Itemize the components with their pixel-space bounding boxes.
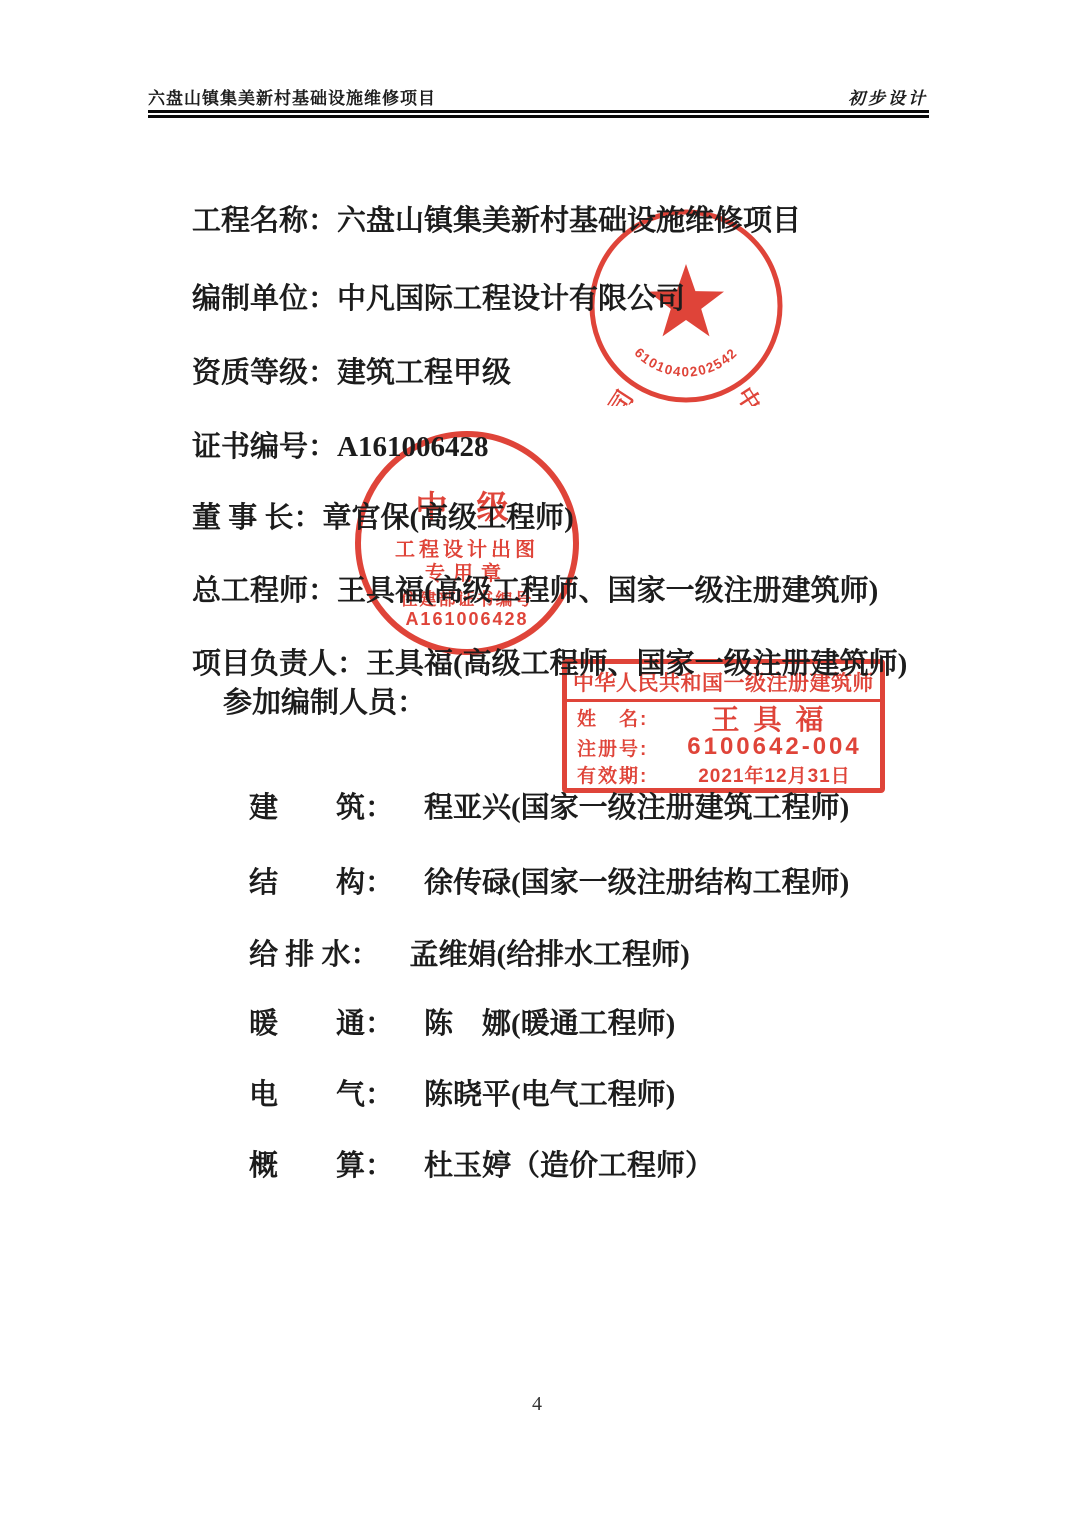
field-value: 六盘山镇集美新村基础设施维修项目 bbox=[337, 205, 801, 237]
participant-value: 陈晓平(电气工程师) bbox=[424, 1079, 675, 1111]
participant-row-budget: 概 算：杜玉婷（造价工程师） bbox=[220, 1115, 714, 1217]
header-project-title: 六盘山镇集美新村基础设施维修项目 bbox=[148, 84, 436, 109]
field-value: 王具福(高级工程师、国家一级注册建筑师) bbox=[366, 648, 907, 680]
participant-label: 结 构： bbox=[249, 867, 394, 899]
participant-value: 孟维娟(给排水工程师) bbox=[410, 939, 690, 971]
participant-value: 徐传碌(国家一级注册结构工程师) bbox=[424, 867, 849, 899]
field-label: 编制单位： bbox=[192, 283, 337, 315]
field-label: 总工程师： bbox=[192, 575, 337, 607]
participant-label: 给 排 水： bbox=[249, 939, 380, 971]
field-label: 证书编号： bbox=[192, 431, 337, 463]
participants-heading: 参加编制人员： bbox=[223, 686, 426, 720]
field-label: 项目负责人： bbox=[192, 648, 366, 680]
field-label: 资质等级： bbox=[192, 357, 337, 389]
field-label: 工程名称： bbox=[192, 205, 337, 237]
participant-label: 电 气： bbox=[249, 1079, 394, 1111]
field-value: 建筑工程甲级 bbox=[337, 357, 511, 389]
field-value: 中凡国际工程设计有限公司 bbox=[337, 283, 685, 315]
svg-text:6101040202542: 6101040202542 bbox=[632, 345, 741, 379]
participant-value: 程亚兴(国家一级注册建筑工程师) bbox=[424, 792, 849, 824]
participant-value: 陈 娜(暖通工程师) bbox=[424, 1008, 675, 1040]
seal-serial-number: 6101040202542 bbox=[632, 345, 741, 379]
field-value: 王具福(高级工程师、国家一级注册建筑师) bbox=[337, 575, 878, 607]
participant-label: 概 算： bbox=[249, 1150, 394, 1182]
field-value: 章官保(高级工程师) bbox=[323, 502, 574, 534]
participant-label: 暖 通： bbox=[249, 1008, 394, 1040]
field-label: 董 事 长： bbox=[192, 502, 323, 534]
document-page: 六盘山镇集美新村基础设施维修项目 初步设计 中凡国际工程设计有限公司 61010… bbox=[0, 0, 1074, 1520]
participant-label: 建 筑： bbox=[249, 792, 394, 824]
field-value: A161006428 bbox=[337, 431, 488, 463]
participant-value: 杜玉婷（造价工程师） bbox=[424, 1150, 714, 1182]
header-rule bbox=[148, 110, 929, 118]
header-doc-type: 初步设计 bbox=[848, 84, 928, 109]
page-number: 4 bbox=[0, 1393, 1074, 1416]
page-header: 六盘山镇集美新村基础设施维修项目 初步设计 bbox=[148, 84, 928, 109]
